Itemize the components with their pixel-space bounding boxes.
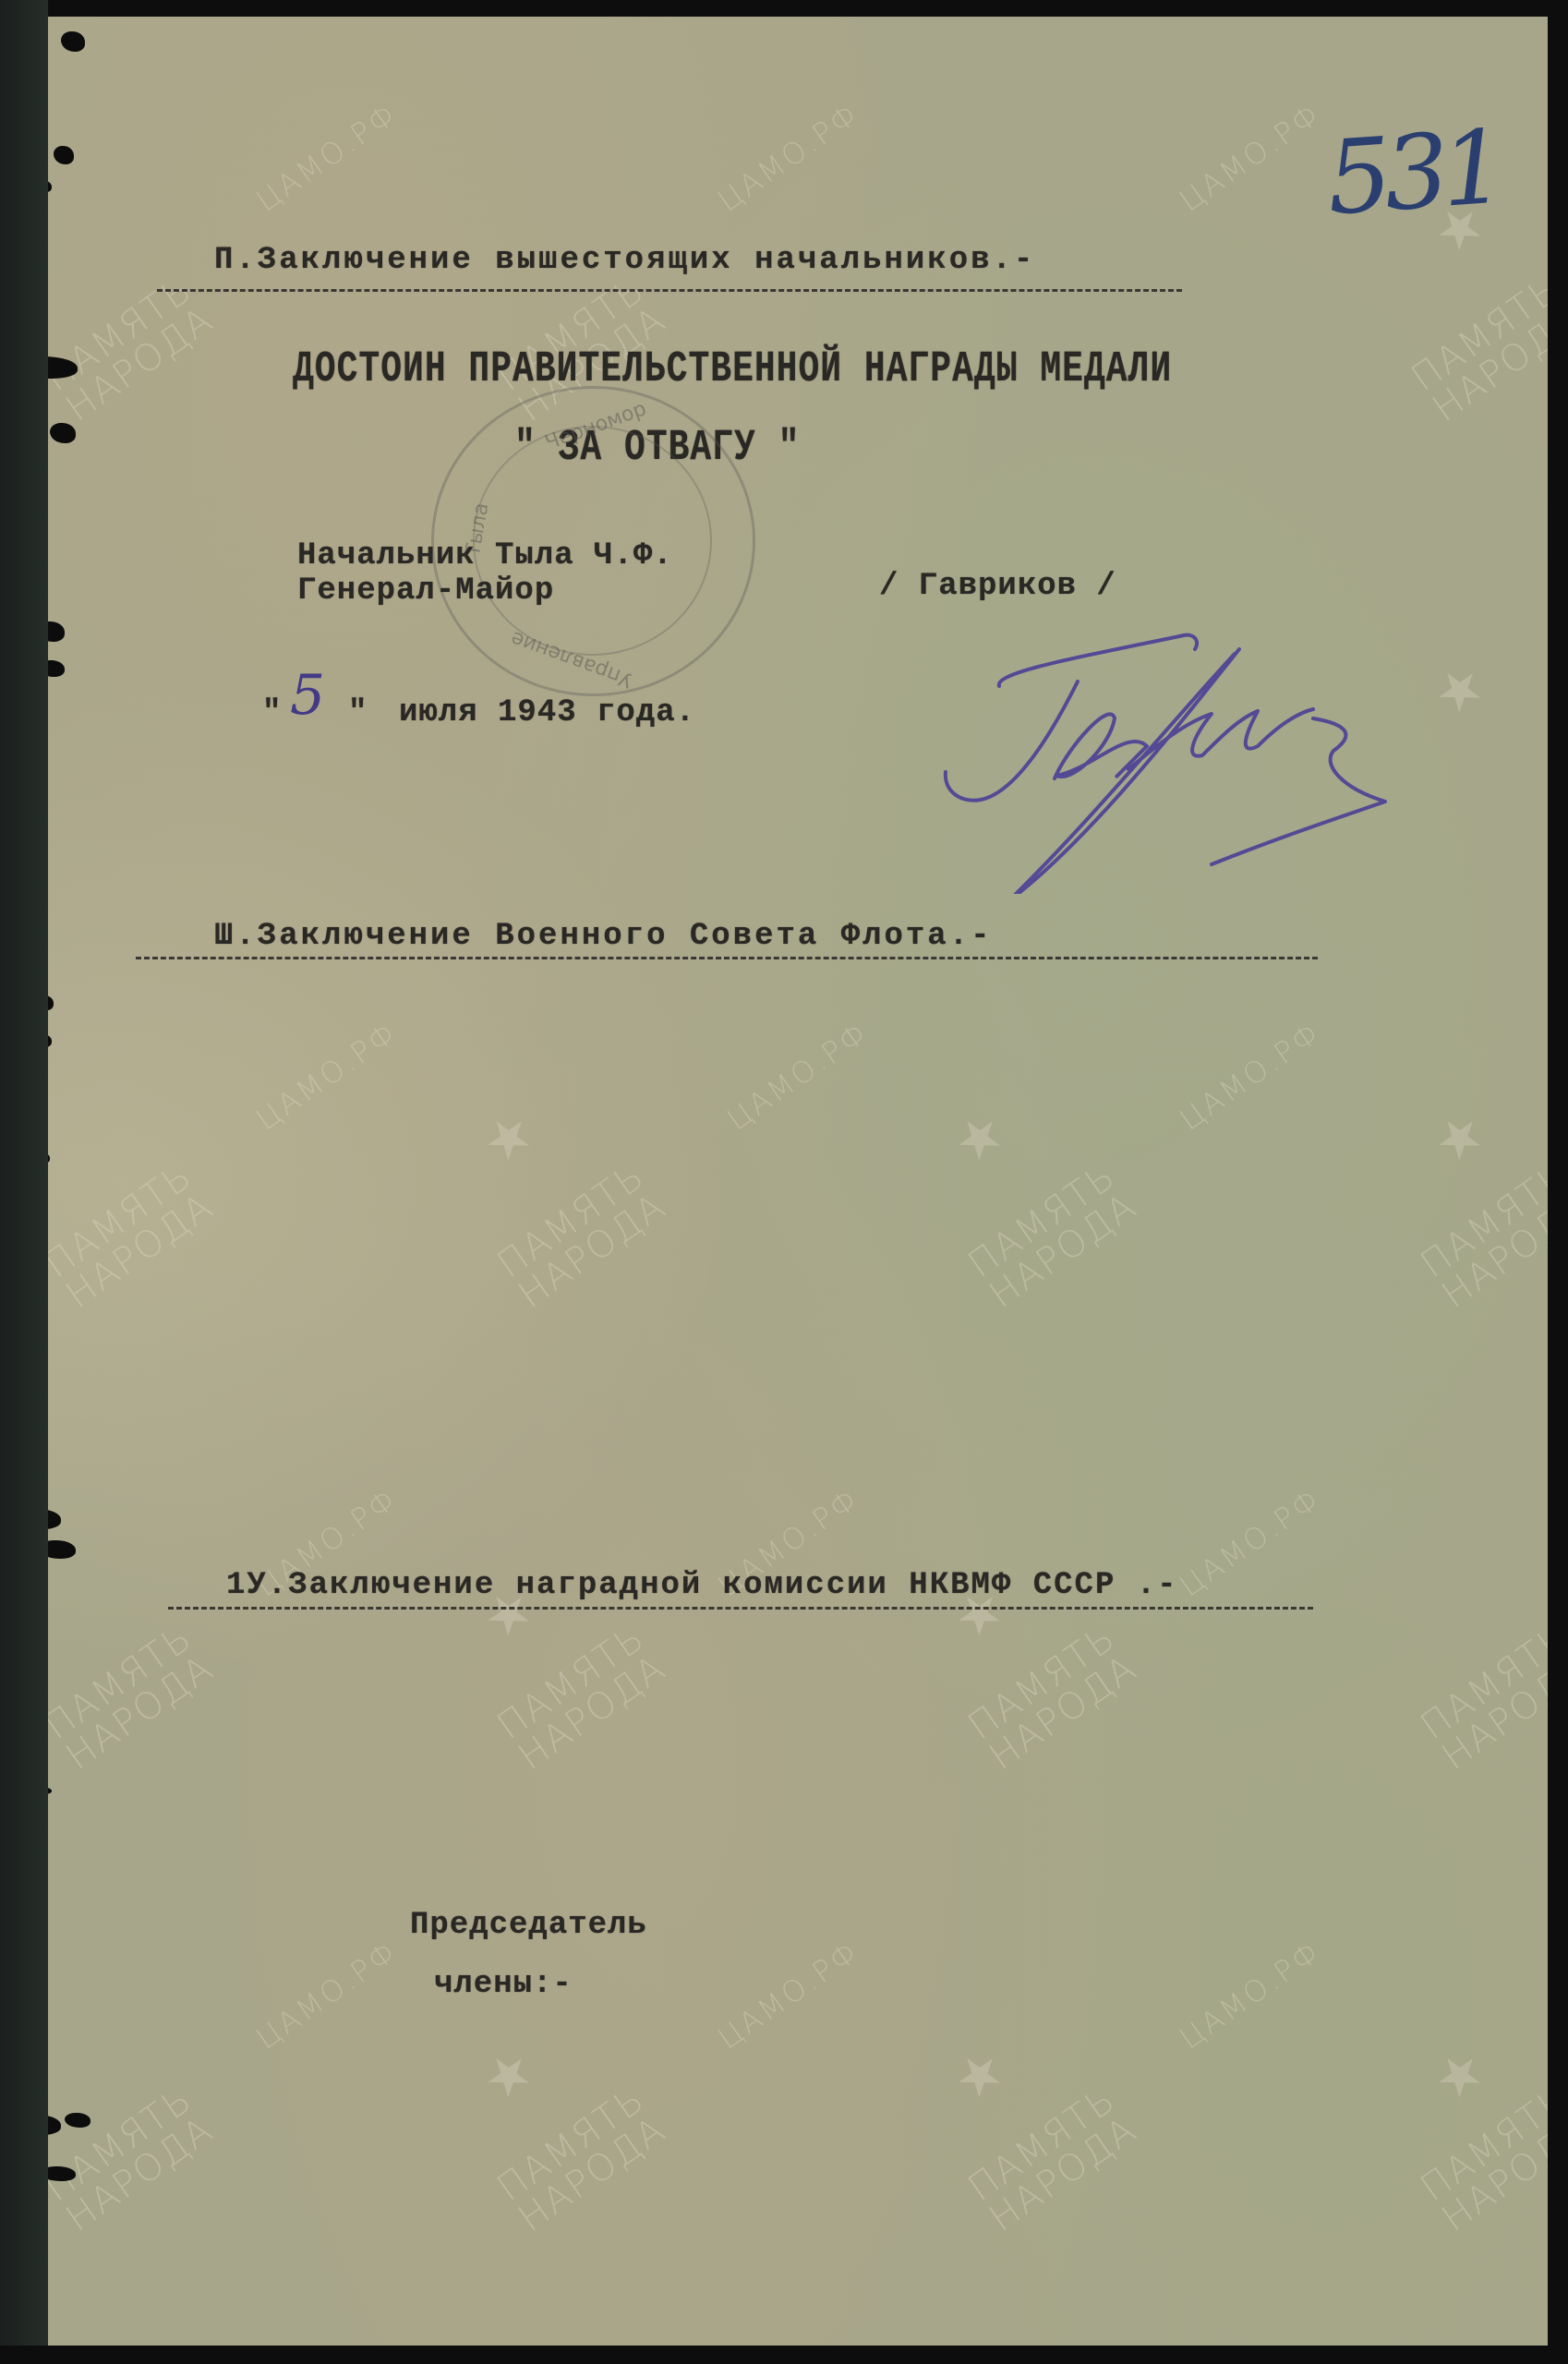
watermark-site: ПАМЯТЬНАРОДА — [491, 1157, 672, 1315]
punch-hole — [48, 1034, 52, 1047]
section-2-underline — [157, 289, 1182, 292]
section-2-heading: П.Заключение вышестоящих начальников.- — [214, 243, 1035, 278]
punch-hole — [50, 423, 76, 443]
date-day-handwritten: 5 — [290, 663, 325, 728]
punch-hole — [65, 2113, 90, 2128]
watermark-site: ПАМЯТЬНАРОДА — [48, 271, 220, 428]
punch-hole — [61, 31, 85, 52]
watermark-site: ПАМЯТЬНАРОДА — [48, 1157, 220, 1315]
document-page: ЦАМО.РФ ЦАМО.РФ ЦАМО.РФ ПАМЯТЬНАРОДА ПАМ… — [48, 17, 1549, 2346]
watermark-site: ПАМЯТЬНАРОДА — [1415, 1157, 1549, 1315]
date-rest: июля 1943 года. — [399, 695, 695, 730]
date-close-quote: " — [348, 695, 369, 730]
watermark-archive: ЦАМО.РФ — [1175, 1483, 1326, 1601]
watermark-site: ПАМЯТЬНАРОДА — [491, 2081, 672, 2238]
watermark-archive: ЦАМО.РФ — [251, 1017, 403, 1135]
punch-hole — [48, 181, 52, 192]
section-4-heading: 1У.Заключение наградной комиссии НКВМФ С… — [226, 1568, 1178, 1603]
punch-hole — [48, 2166, 76, 2181]
chairman-label: Председатель — [410, 1908, 647, 1943]
punch-hole — [48, 621, 65, 642]
watermark-archive: ЦАМО.РФ — [722, 1017, 874, 1135]
watermark-site: ПАМЯТЬНАРОДА — [48, 1619, 220, 1777]
punch-hole — [48, 995, 54, 1010]
watermark-site: ПАМЯТЬНАРОДА — [48, 2081, 220, 2238]
watermark-archive: ЦАМО.РФ — [1175, 1017, 1326, 1135]
punch-hole — [48, 1540, 76, 1559]
watermark-archive: ЦАМО.РФ — [713, 1936, 864, 2054]
watermark-site: ПАМЯТЬНАРОДА — [491, 1619, 672, 1777]
watermark-archive: ЦАМО.РФ — [251, 1936, 403, 2054]
section-3-underline — [136, 957, 1318, 959]
section-4-underline — [168, 1607, 1313, 1610]
watermark-archive: ЦАМО.РФ — [251, 98, 403, 216]
watermark-star-icon: ★ — [1424, 2039, 1494, 2110]
watermark-archive: ЦАМО.РФ — [1175, 98, 1326, 216]
watermark-star-icon: ★ — [1424, 654, 1494, 725]
watermark-star-icon: ★ — [473, 1102, 543, 1173]
punch-hole — [48, 1787, 52, 1794]
section-3-heading: Ш.Заключение Военного Совета Флота.- — [214, 919, 993, 954]
watermark-site: ПАМЯТЬНАРОДА — [1415, 1619, 1549, 1777]
signature-handwritten — [907, 608, 1405, 894]
signatory-title-line2: Генерал-Майор — [297, 573, 554, 609]
watermark-star-icon: ★ — [944, 2039, 1014, 2110]
watermark-site: ПАМЯТЬНАРОДА — [962, 1619, 1143, 1777]
watermark-star-icon: ★ — [1424, 1102, 1494, 1173]
date-open-quote: " — [262, 695, 283, 730]
signatory-name: / Гавриков / — [879, 569, 1116, 604]
punch-hole — [48, 1152, 50, 1164]
punch-hole — [48, 356, 78, 379]
scan-edge-top — [48, 0, 1568, 17]
punch-hole — [54, 146, 74, 164]
watermark-site: ПАМЯТЬНАРОДА — [962, 2081, 1143, 2238]
watermark-archive: ЦАМО.РФ — [713, 98, 864, 216]
watermark-site: ПАМЯТЬНАРОДА — [1415, 2081, 1549, 2238]
scan-edge-right — [1548, 0, 1568, 2364]
punch-hole — [48, 2115, 61, 2135]
watermark-star-icon: ★ — [473, 2039, 543, 2110]
watermark-archive: ЦАМО.РФ — [1175, 1936, 1326, 2054]
punch-hole — [48, 1509, 61, 1529]
punch-hole — [48, 660, 65, 677]
watermark-site: ПАМЯТЬНАРОДА — [962, 1157, 1143, 1315]
watermark-star-icon: ★ — [944, 1102, 1014, 1173]
signatory-title-line1: Начальник Тыла Ч.Ф. — [297, 538, 673, 573]
watermark-site: ПАМЯТЬНАРОДА — [1405, 271, 1549, 428]
scan-edge-bottom — [0, 2346, 1568, 2364]
scan-edge-left — [0, 0, 54, 2364]
members-label: члены:- — [434, 1967, 573, 2002]
award-verdict-line1: ДОСТОИН ПРАВИТЕЛЬСТВЕННОЙ НАГРАДЫ МЕДАЛИ — [293, 344, 1172, 394]
page-number-handwritten: 531 — [1323, 108, 1502, 238]
